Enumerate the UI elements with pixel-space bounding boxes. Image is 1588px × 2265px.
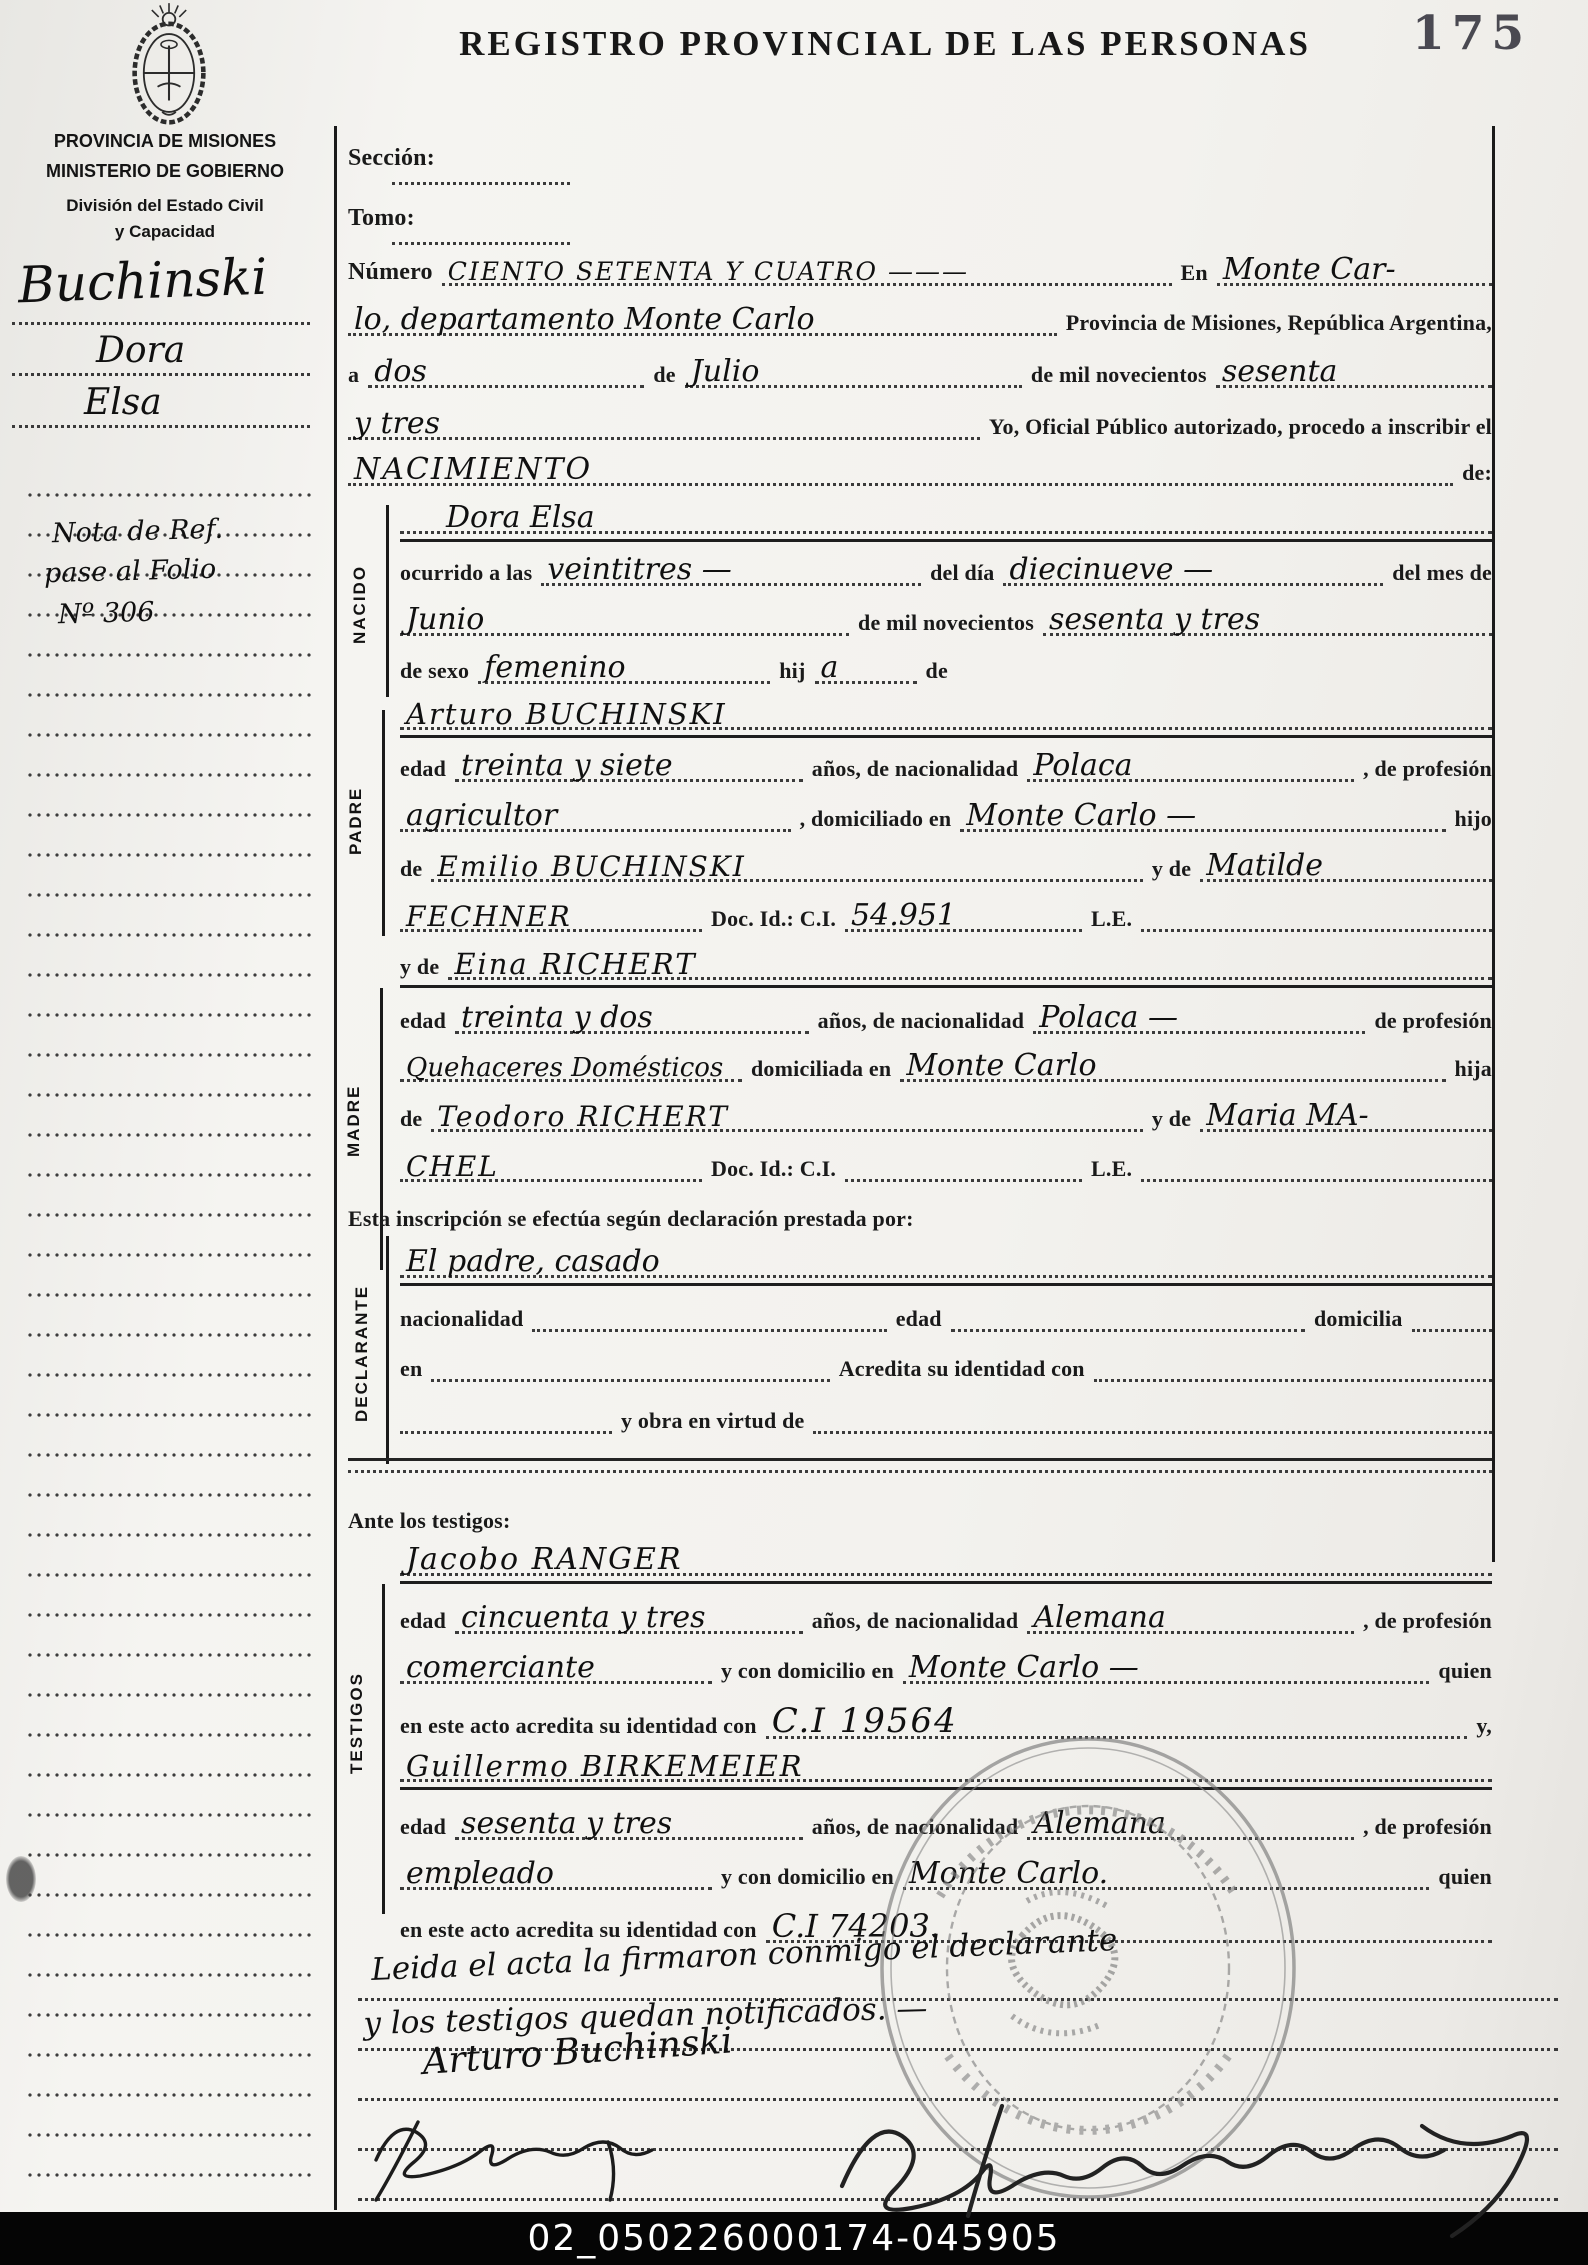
nacionalidad-label: años, de nacionalidad bbox=[812, 757, 1019, 782]
witness1-age-field: cincuenta y tres bbox=[455, 1601, 803, 1634]
ink-blot bbox=[6, 1856, 36, 1902]
acta-type-row: NACIMIENTO de: bbox=[348, 452, 1492, 486]
seccion-label: Sección: bbox=[348, 145, 435, 172]
de-label-4: de bbox=[400, 1107, 422, 1132]
hij-label: hij bbox=[779, 659, 805, 684]
declarant-identity-row: en Acredita su identidad con bbox=[400, 1348, 1492, 1382]
witness1-name-row: Jacobo RANGER bbox=[400, 1542, 1492, 1576]
org-line-provincia: PROVINCIA DE MISIONES bbox=[10, 131, 320, 152]
month-field: Julio bbox=[685, 355, 1022, 388]
declarant-virtue-row: y obra en virtud de bbox=[400, 1400, 1492, 1434]
birth-month-row: Junio de mil novecientos sesenta y tres bbox=[400, 602, 1492, 636]
de-mil-label: de mil novecientos bbox=[1031, 363, 1207, 388]
de-label-2: de bbox=[926, 659, 948, 684]
le-label-2: L.E. bbox=[1091, 1157, 1132, 1182]
bracket-nacido bbox=[386, 505, 389, 697]
de-label: de bbox=[653, 363, 675, 388]
birth-certificate-scan: REGISTRO PROVINCIAL DE LAS PERSONAS 175 … bbox=[0, 0, 1588, 2265]
form-right-border bbox=[1492, 126, 1495, 1562]
section-label-testigos: TESTIGOS bbox=[347, 1592, 367, 1854]
birth-year-field: sesenta y tres bbox=[1043, 603, 1492, 636]
declaration-intro-label: Esta inscripción se efectúa según declar… bbox=[348, 1207, 914, 1232]
newborn-name-row: Dora Elsa bbox=[400, 500, 1492, 534]
witness1-age-row: edad cincuenta y tres años, de nacionali… bbox=[400, 1600, 1492, 1634]
father-domicile-field: Monte Carlo — bbox=[960, 799, 1445, 832]
virtue-field bbox=[813, 1431, 1492, 1434]
witness-signature-scribble bbox=[358, 2082, 788, 2207]
de-colon-label: de: bbox=[1462, 461, 1492, 486]
edad-label-3: edad bbox=[896, 1307, 942, 1332]
witnesses-intro-label: Ante los testigos: bbox=[348, 1509, 510, 1534]
coat-of-arms-icon bbox=[96, 2, 242, 128]
del-dia-label: del día bbox=[930, 561, 994, 586]
numero-label: Número bbox=[348, 259, 433, 286]
declarant-nationality-field bbox=[532, 1329, 886, 1332]
official-signature-scribble bbox=[822, 2066, 1567, 2256]
numero-row: Número CIENTO SETENTA Y CUATRO ——— En Mo… bbox=[348, 252, 1492, 286]
year-continuation-row: y tres Yo, Oficial Público autorizado, p… bbox=[348, 406, 1492, 440]
place-continuation-row: lo, departamento Monte Carlo Provincia d… bbox=[348, 302, 1492, 336]
father-profession-field: agricultor bbox=[400, 799, 791, 832]
witness2-profession-field: empleado bbox=[400, 1857, 712, 1890]
ocurrido-label: ocurrido a las bbox=[400, 561, 532, 586]
mother-nationality-field: Polaca — bbox=[1033, 1001, 1365, 1034]
mother-name-row: y de Eina RICHERT bbox=[400, 946, 1492, 980]
quien-label: quien bbox=[1438, 1659, 1492, 1684]
section-label-nacido: NACIDO bbox=[350, 508, 370, 700]
father-le-field bbox=[1141, 929, 1492, 932]
doc-id-label: Doc. Id.: C.I. bbox=[711, 907, 836, 932]
witness1-profession-field: comerciante bbox=[400, 1651, 712, 1684]
ref-note-line-1: Nota de Ref. bbox=[52, 514, 224, 549]
le-label: L.E. bbox=[1091, 907, 1132, 932]
section-separator bbox=[348, 1458, 1492, 1473]
seccion-row: Sección: bbox=[348, 138, 1492, 172]
bracket-padre bbox=[382, 710, 385, 936]
father-age-field: treinta y siete bbox=[455, 749, 803, 782]
witness1-nationality-field: Alemana bbox=[1027, 1601, 1354, 1634]
father-doc-field: 54.951 bbox=[845, 899, 1082, 932]
declarant-place-field bbox=[431, 1379, 829, 1382]
y-de-label: y de bbox=[1152, 857, 1191, 882]
y-de-label-2: y de bbox=[400, 955, 439, 980]
grandmother-field-2: FECHNER bbox=[400, 901, 702, 932]
mother-doc-row: CHEL Doc. Id.: C.I. L.E. bbox=[400, 1148, 1492, 1182]
mother-parents-row: de Teodoro RICHERT y de Maria MA- bbox=[400, 1098, 1492, 1132]
y-label: y, bbox=[1476, 1714, 1492, 1739]
declaration-intro-row: Esta inscripción se efectúa según declar… bbox=[348, 1198, 1492, 1232]
father-age-row: edad treinta y siete años, de nacionalid… bbox=[400, 748, 1492, 782]
hour-field: veintitres — bbox=[541, 553, 921, 586]
birth-day-field: diecinueve — bbox=[1003, 553, 1383, 586]
mother-profession-field: Quehaceres Domésticos bbox=[400, 1053, 742, 1082]
sex-row: de sexo femenino hij a de bbox=[400, 650, 1492, 684]
declarant-domicile-field bbox=[1412, 1329, 1492, 1332]
father-doc-row: FECHNER Doc. Id.: C.I. 54.951 L.E. bbox=[400, 898, 1492, 932]
mother-age-field: treinta y dos bbox=[455, 1001, 809, 1034]
margin-rule bbox=[12, 425, 310, 428]
oficial-label: Yo, Oficial Público autorizado, procedo … bbox=[989, 415, 1492, 440]
seccion-blank-line bbox=[392, 182, 570, 185]
page-title: REGISTRO PROVINCIAL DE LAS PERSONAS bbox=[330, 24, 1440, 64]
org-line-ministerio: MINISTERIO DE GOBIERNO bbox=[10, 161, 320, 182]
bracket-testigos bbox=[382, 1584, 385, 1914]
year-field-2: y tres bbox=[348, 407, 980, 440]
y-de-label-3: y de bbox=[1152, 1107, 1191, 1132]
doc-id-label-2: Doc. Id.: C.I. bbox=[711, 1157, 836, 1182]
domiciliada-label: domiciliada en bbox=[751, 1057, 891, 1082]
mother-name-field: Eina RICHERT bbox=[448, 948, 1492, 980]
mother-age-row: edad treinta y dos años, de nacionalidad… bbox=[400, 1000, 1492, 1034]
hijo-label: hijo bbox=[1455, 807, 1492, 832]
ref-note-line-3: Nº 306 bbox=[58, 597, 155, 631]
witness1-domicile-field: Monte Carlo — bbox=[903, 1651, 1430, 1684]
hij-suffix-field: a bbox=[815, 651, 917, 684]
tomo-label: Tomo: bbox=[348, 205, 415, 232]
domicilia-label: domicilia bbox=[1314, 1307, 1403, 1332]
edad-label-2: edad bbox=[400, 1009, 446, 1034]
margin-given-name-2: Elsa bbox=[84, 382, 162, 423]
declarant-nationality-row: nacionalidad edad domicilia bbox=[400, 1298, 1492, 1332]
org-line-division: División del Estado Civil bbox=[10, 196, 320, 216]
edad-label-5: edad bbox=[400, 1815, 446, 1840]
numero-field: CIENTO SETENTA Y CUATRO ——— bbox=[442, 257, 1172, 286]
en-label-2: en bbox=[400, 1357, 422, 1382]
quien-label-2: quien bbox=[1438, 1865, 1492, 1890]
margin-rule bbox=[12, 322, 310, 325]
newborn-name-field: Dora Elsa bbox=[400, 501, 1492, 534]
section-label-declarante: DECLARANTE bbox=[352, 1228, 372, 1478]
father-name-row: Arturo BUCHINSKI bbox=[400, 696, 1492, 730]
tomo-row: Tomo: bbox=[348, 198, 1492, 232]
profesion-label-4: , de profesión bbox=[1363, 1815, 1492, 1840]
day-field: dos bbox=[368, 355, 644, 388]
edad-label: edad bbox=[400, 757, 446, 782]
bracket-declarante bbox=[386, 1236, 389, 1464]
mother-doc-field bbox=[845, 1179, 1082, 1182]
mother-le-field bbox=[1141, 1179, 1492, 1182]
acredita-label: Acredita su identidad con bbox=[839, 1357, 1085, 1382]
a-label: a bbox=[348, 363, 359, 388]
de-mil-label-2: de mil novecientos bbox=[858, 611, 1034, 636]
declarant-age-field bbox=[951, 1329, 1305, 1332]
domiciliado-label: , domiciliado en bbox=[800, 807, 952, 832]
provincia-label: Provincia de Misiones, República Argenti… bbox=[1066, 311, 1492, 336]
form-left-border bbox=[334, 126, 337, 2210]
declared-by-field: El padre, casado bbox=[400, 1245, 1492, 1278]
witness1-domicile-row: comerciante y con domicilio en Monte Car… bbox=[400, 1650, 1492, 1684]
birth-time-row: ocurrido a las veintitres — del día diec… bbox=[400, 552, 1492, 586]
father-name-field: Arturo BUCHINSKI bbox=[400, 698, 1492, 730]
virtue-blank-field bbox=[400, 1431, 612, 1434]
nacionalidad-label-4: años, de nacionalidad bbox=[812, 1609, 1019, 1634]
declared-by-row: El padre, casado bbox=[400, 1244, 1492, 1278]
en-label: En bbox=[1181, 261, 1208, 286]
de-label-3: de bbox=[400, 857, 422, 882]
m-grandfather-field: Teodoro RICHERT bbox=[431, 1101, 1142, 1132]
margin-surname: Buchinski bbox=[17, 248, 268, 315]
mother-domicile-field: Monte Carlo bbox=[900, 1049, 1445, 1082]
ref-note-line-2: pase al Folio bbox=[44, 554, 217, 589]
page-number-stamp: 175 bbox=[1412, 6, 1531, 61]
witness1-name-field: Jacobo RANGER bbox=[400, 1543, 1492, 1576]
m-grandmother-field-2: CHEL bbox=[400, 1151, 702, 1182]
mother-profession-row: Quehaceres Domésticos domiciliada en Mon… bbox=[400, 1048, 1492, 1082]
profesion-label: , de profesión bbox=[1363, 757, 1492, 782]
father-nationality-field: Polaca bbox=[1027, 749, 1354, 782]
margin-ruled-lines bbox=[26, 492, 312, 2206]
place-continuation-field: lo, departamento Monte Carlo bbox=[348, 303, 1057, 336]
profesion-label-3: , de profesión bbox=[1363, 1609, 1492, 1634]
father-parents-row: de Emilio BUCHINSKI y de Matilde bbox=[400, 848, 1492, 882]
de-sexo-label: de sexo bbox=[400, 659, 469, 684]
acredita-label-2: en este acto acredita su identidad con bbox=[400, 1714, 757, 1739]
witnesses-intro-row: Ante los testigos: bbox=[348, 1500, 1492, 1534]
m-grandmother-field-1: Maria MA- bbox=[1200, 1099, 1492, 1132]
witness2-age-field: sesenta y tres bbox=[455, 1807, 803, 1840]
declarant-id-field bbox=[1094, 1379, 1492, 1382]
edad-label-4: edad bbox=[400, 1609, 446, 1634]
domicilio-label: y con domicilio en bbox=[721, 1659, 894, 1684]
hija-label: hija bbox=[1455, 1057, 1492, 1082]
tomo-blank-line bbox=[392, 242, 570, 245]
section-label-padre: PADRE bbox=[346, 714, 366, 928]
obra-label: y obra en virtud de bbox=[621, 1409, 804, 1434]
profesion-label-2: de profesión bbox=[1374, 1009, 1492, 1034]
nacionalidad-label-3: nacionalidad bbox=[400, 1307, 523, 1332]
year-field-1: sesenta bbox=[1216, 355, 1492, 388]
margin-given-name-1: Dora bbox=[96, 330, 185, 371]
sex-field: femenino bbox=[478, 651, 770, 684]
father-profession-row: agricultor , domiciliado en Monte Carlo … bbox=[400, 798, 1492, 832]
nacionalidad-label-2: años, de nacionalidad bbox=[818, 1009, 1025, 1034]
acta-type-field: NACIMIENTO bbox=[348, 453, 1453, 486]
del-mes-label: del mes de bbox=[1392, 561, 1492, 586]
date-row: a dos de Julio de mil novecientos sesent… bbox=[348, 354, 1492, 388]
margin-rule bbox=[12, 373, 310, 376]
place-field: Monte Car- bbox=[1217, 253, 1492, 286]
grandfather-field: Emilio BUCHINSKI bbox=[431, 851, 1142, 882]
birth-month-field: Junio bbox=[400, 603, 849, 636]
org-line-capacidad: y Capacidad bbox=[10, 222, 320, 242]
grandmother-field-1: Matilde bbox=[1200, 849, 1492, 882]
